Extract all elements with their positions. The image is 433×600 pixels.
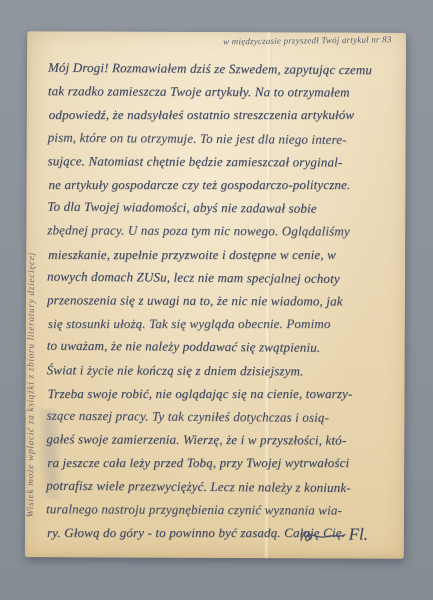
letter-line: Trzeba swoje robić, nie oglądając się na…: [48, 382, 392, 405]
letter-line: przenoszenia się z uwagi na to, że nic n…: [47, 288, 392, 313]
letter-line: pism, które on tu otrzymuje. To nie jest…: [48, 125, 393, 151]
letter-line: To dla Twojej wiadomości, abyś nie zadaw…: [47, 195, 392, 221]
letter-line: sujące. Natomiast chętnie będzie zamiesz…: [48, 149, 393, 174]
letter-line: się stosunki ułożą. Tak się wygląda obec…: [48, 312, 392, 335]
letter-line: Mój Drogi! Rozmawiałem dziś ze Szwedem, …: [48, 56, 393, 82]
signature-row: Fl.: [295, 524, 368, 544]
letter-line: potrafisz wiele przezwyciężyć. Lecz nie …: [46, 473, 391, 499]
letter-line: odpowiedź, że nadsyłałeś ostatnio stresz…: [49, 103, 393, 126]
letter-line: Świat i życie nie kończą się z dniem dzi…: [47, 358, 392, 383]
signature-flourish-icon: [295, 526, 347, 546]
letter-line: turalnego nastroju przygnębienia czynić …: [46, 497, 391, 522]
letter-line: ne artykuły gospodarcze czy też gospodar…: [48, 173, 392, 196]
letter-paper: Wisiek może wpłacić za książki z zbioru …: [25, 31, 406, 559]
letter-line: tak rzadko zamieszcza Twoje artykuły. Na…: [48, 79, 393, 104]
letter-lines: Mój Drogi! Rozmawiałem dziś ze Szwedem, …: [46, 56, 393, 545]
letter-line: ra jeszcze cała leży przed Tobą, przy Tw…: [47, 451, 391, 474]
letter-line: zbędnej pracy. U nas poza tym nic nowego…: [47, 219, 392, 244]
signature-text: Fl.: [349, 525, 368, 545]
letter-body: w międzyczasie przyszedł Twój artykuł nr…: [25, 31, 406, 559]
letter-line: szące naszej pracy. Ty tak czyniłeś doty…: [46, 404, 391, 430]
letter-line: mieszkanie, zupełnie przyzwoite i dostęp…: [48, 243, 392, 266]
photo-scene: Wisiek może wpłacić za książki z zbioru …: [0, 0, 433, 600]
letter-line: nowych domach ZUSu, lecz nie mam specjal…: [47, 264, 392, 290]
interlinear-note: w międzyczasie przyszedł Twój artykuł nr…: [223, 34, 392, 46]
letter-line: to uważam, że nie należy poddawać się zw…: [47, 334, 392, 360]
letter-line: gałeś swoje zamierzenia. Wierzę, że i w …: [46, 428, 391, 453]
